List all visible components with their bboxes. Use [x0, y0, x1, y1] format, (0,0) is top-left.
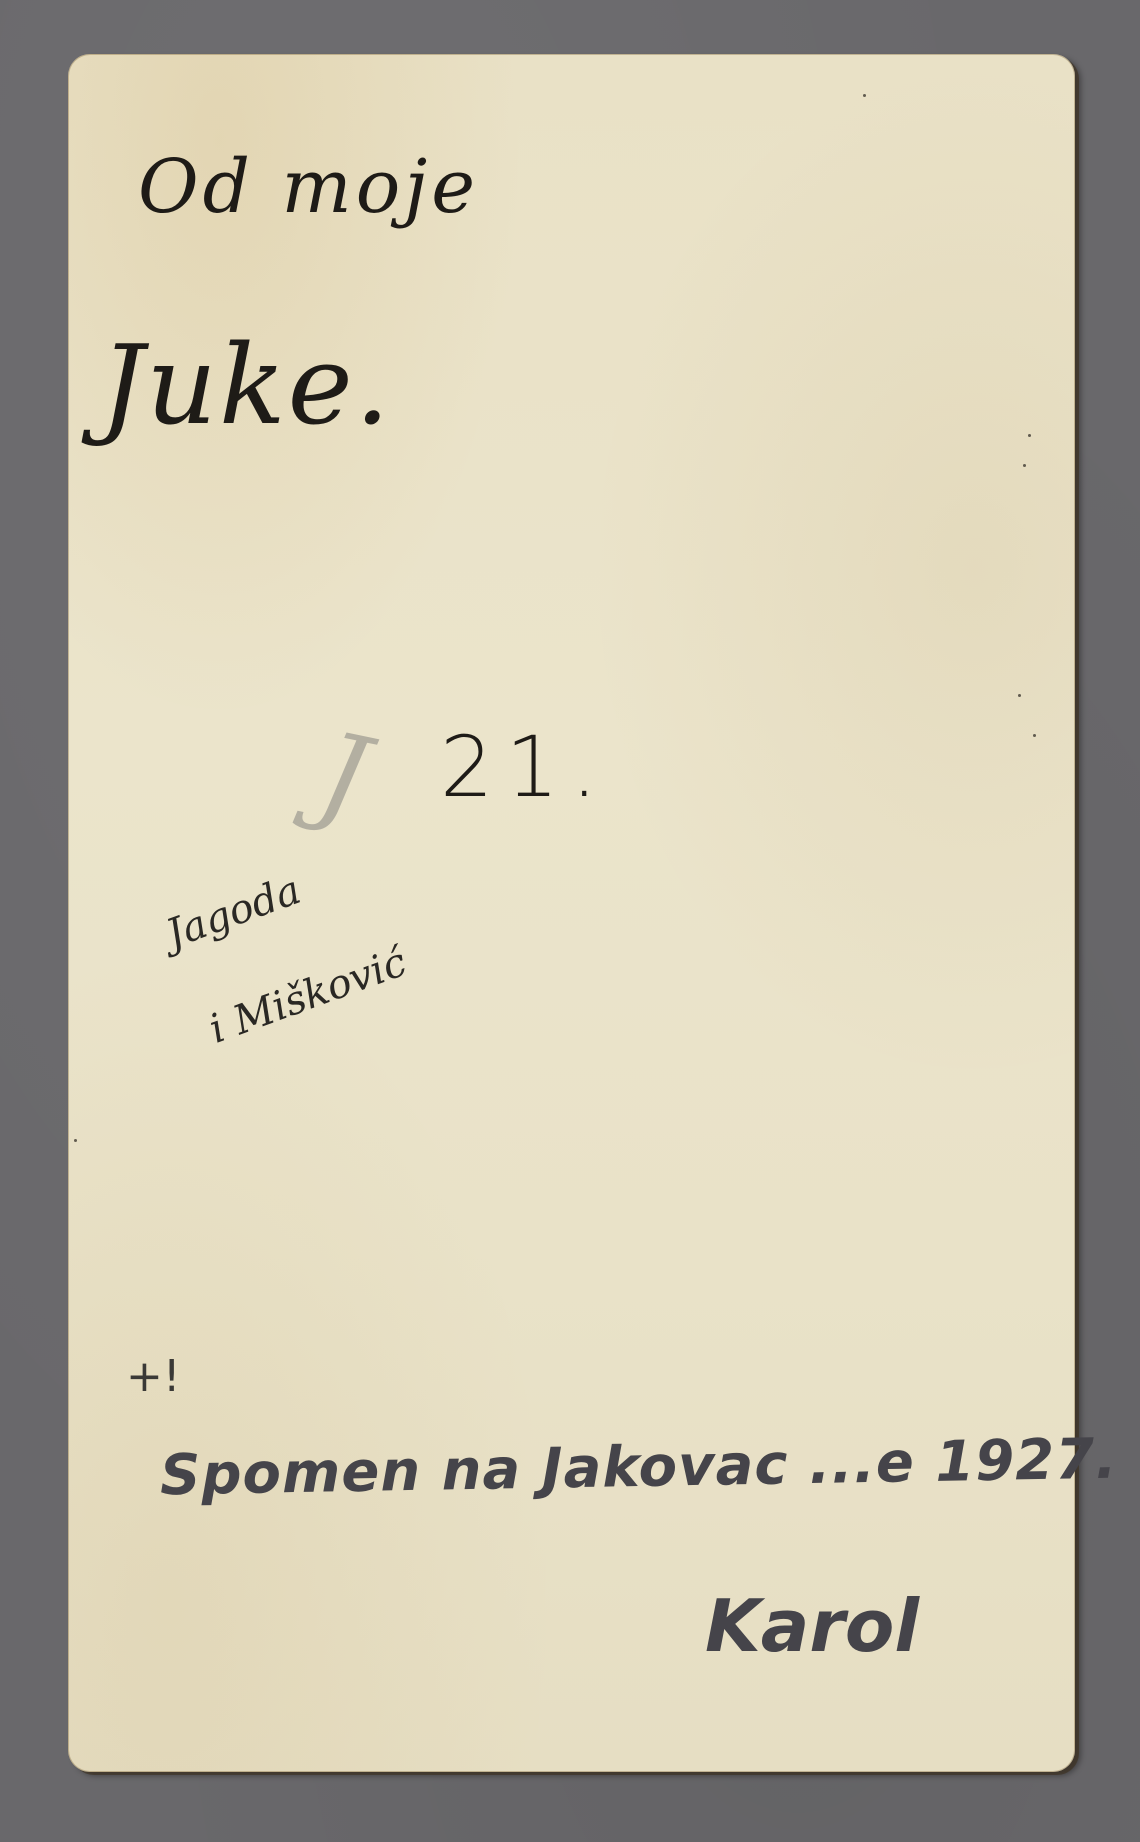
speck [863, 94, 866, 97]
speck [1033, 734, 1036, 737]
handwritten-name-juke: Juke. [100, 330, 392, 440]
speck [74, 1139, 77, 1142]
speck [1028, 434, 1031, 437]
speck [1018, 694, 1021, 697]
speck [1023, 464, 1026, 467]
handwritten-line-od-moje: Od moje [138, 150, 479, 224]
handwritten-number: 21. [440, 725, 610, 809]
plus-exclamation-mark: +! [126, 1355, 181, 1399]
signature: Karol [705, 1590, 919, 1662]
dedication-line: Spomen na Jakovac ...e 1927. [160, 1432, 1118, 1505]
